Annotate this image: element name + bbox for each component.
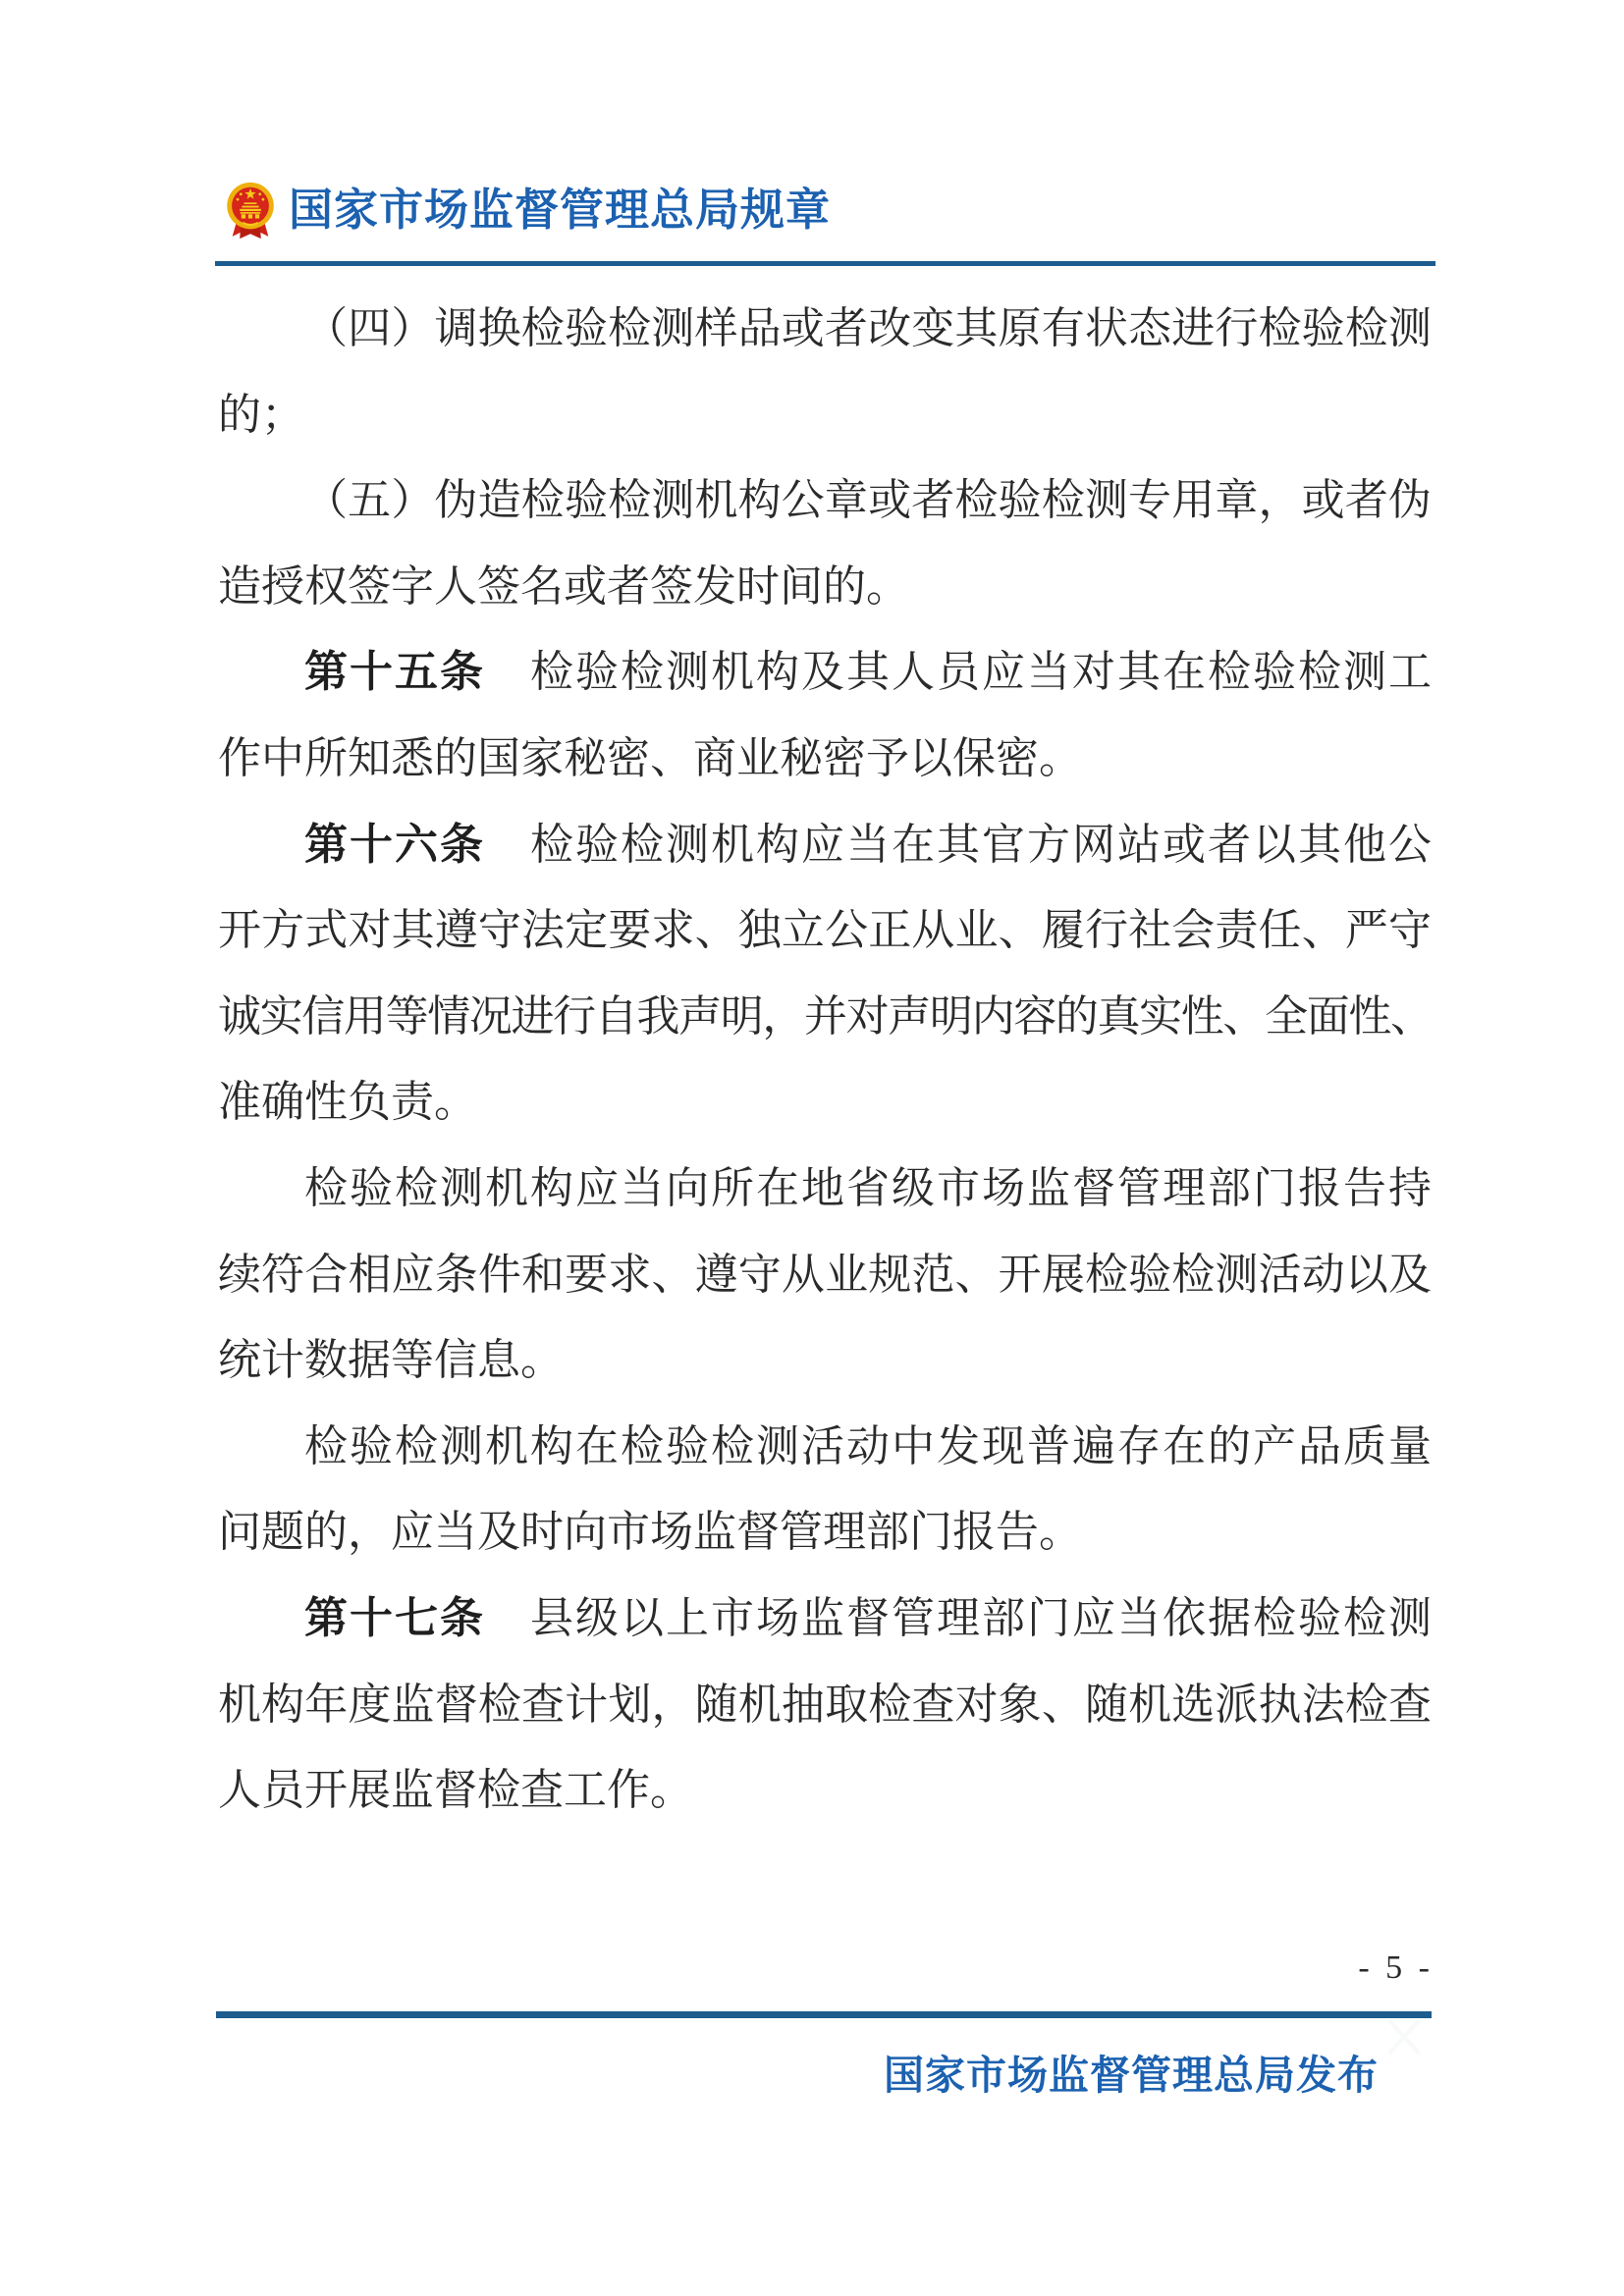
body-line: 检验检测机构应当向所在地省级市场监督管理部门报告持 [218,1146,1432,1232]
body-line: 问题的，应当及时向市场监督管理部门报告。 [218,1489,1432,1575]
article-number: 第十六条 [304,821,485,869]
document-page: 国家市场监督管理总局规章 （四）调换检验检测样品或者改变其原有状态进行检验检测 … [0,0,1624,2296]
header-rule [215,261,1435,266]
article-number: 第十五条 [304,648,485,696]
page-number: - 5 - [1358,1947,1434,1990]
body-line: （四）调换检验检测样品或者改变其原有状态进行检验检测 [218,286,1432,372]
body-line: 开方式对其遵守法定要求、独立公正从业、履行社会责任、严守 [218,887,1432,974]
body-line: 作中所知悉的国家秘密、商业秘密予以保密。 [218,716,1432,802]
header-title: 国家市场监督管理总局规章 [289,183,831,238]
body-line: 第十六条 检验检测机构应当在其官方网站或者以其他公 [218,802,1432,888]
scan-artifact [1382,2018,1426,2057]
body-line: 检验检测机构在检验检测活动中发现普遍存在的产品质量 [218,1404,1432,1490]
body-line: 造授权签字人签名或者签发时间的。 [218,544,1432,630]
article-number: 第十七条 [304,1594,485,1642]
body-line: 机构年度监督检查计划，随机抽取检查对象、随机选派执法检查 [218,1662,1432,1748]
body-line: 准确性负责。 [218,1059,1432,1146]
body-line: （五）伪造检验检测机构公章或者检验检测专用章，或者伪 [218,457,1432,544]
national-emblem-icon [224,181,277,241]
body-line: 人员开展监督检查工作。 [218,1747,1432,1834]
body-line: 诚实信用等情况进行自我声明，并对声明内容的真实性、全面性、 [218,974,1432,1060]
body-line: 的； [218,372,1432,458]
body-line: 第十五条 检验检测机构及其人员应当对其在检验检测工 [218,629,1432,716]
body-line: 续符合相应条件和要求、遵守从业规范、开展检验检测活动以及 [218,1232,1432,1318]
publisher-text: 国家市场监督管理总局发布 [884,2053,1379,2098]
body-line: 第十七条 县级以上市场监督管理部门应当依据检验检测 [218,1575,1432,1662]
document-body: （四）调换检验检测样品或者改变其原有状态进行检验检测 的； （五）伪造检验检测机… [218,286,1432,1834]
footer-rule [216,2011,1432,2018]
body-line: 统计数据等信息。 [218,1317,1432,1404]
